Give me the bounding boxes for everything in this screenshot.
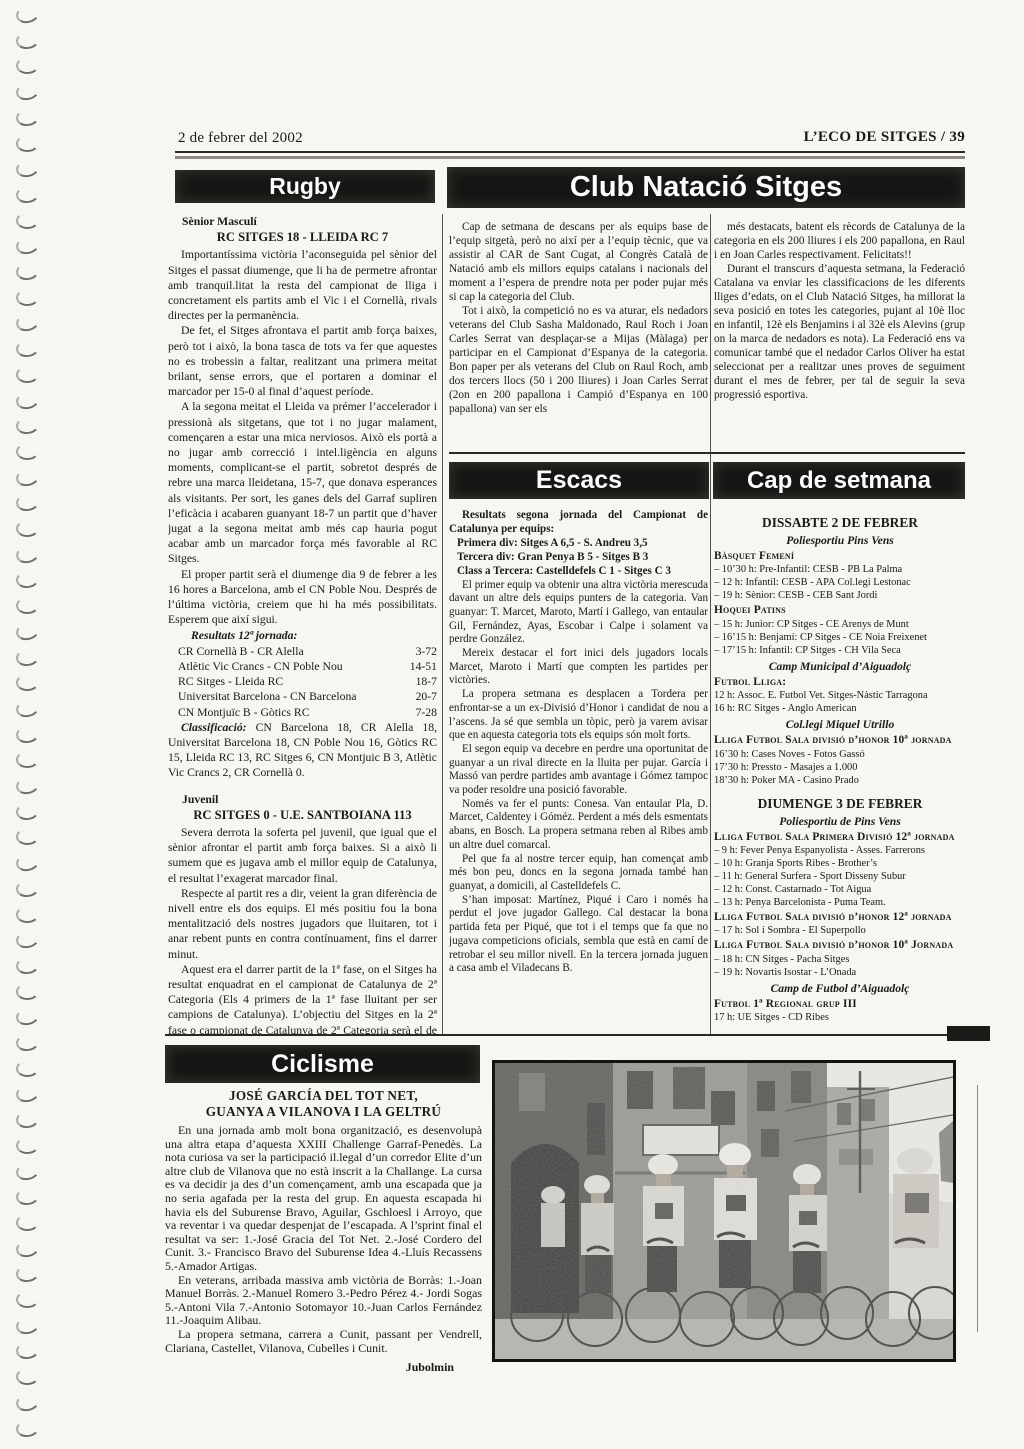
rugby-senior-label: Sènior Masculí bbox=[182, 214, 437, 229]
rugby-senior-paragraphs: Importantíssima victòria l’aconseguida p… bbox=[168, 247, 437, 627]
section-title-ciclisme: Ciclisme bbox=[165, 1045, 480, 1083]
section-bar-ciclisme: Ciclisme bbox=[165, 1045, 480, 1083]
agenda-item: – 19 h: Novartis Isostar - L’Onada bbox=[714, 966, 966, 979]
rugby-results-label: Resultats 12ª jornada: bbox=[178, 628, 437, 643]
rugby-classification: Classificació: CN Barcelona 18, CR Alell… bbox=[168, 720, 437, 781]
rugby-juvenil-label: Juvenil bbox=[182, 792, 437, 807]
header-rule bbox=[175, 151, 965, 153]
paragraph: Aquest era el darrer partit de la 1ª fas… bbox=[168, 962, 437, 1034]
result-row: RC Sitges - Lleida RC 18-7 bbox=[178, 674, 437, 689]
cyclists-photo-illustration bbox=[495, 1063, 953, 1359]
escacs-intro: Resultats segona jornada del Campionat d… bbox=[449, 509, 708, 536]
ciclisme-headline-line1: JOSÉ GARCÍA DEL TOT NET, bbox=[229, 1088, 418, 1103]
paragraph: Només va fer el punts: Conesa. Van entau… bbox=[449, 798, 708, 853]
agenda-item: Hoquei Patins bbox=[714, 604, 966, 617]
paragraph: La propera setmana es desplacen a Torder… bbox=[449, 688, 708, 743]
section-bar-escacs: Escacs bbox=[449, 462, 709, 499]
section-title-cap-de-setmana: Cap de setmana bbox=[713, 462, 965, 499]
agenda-item: Bàsquet Femení bbox=[714, 550, 966, 563]
section-title-natacio: Club Natació Sitges bbox=[447, 167, 965, 208]
section-bar-natacio: Club Natació Sitges bbox=[447, 167, 965, 208]
agenda-item: DIUMENGE 3 DE FEBRER bbox=[714, 796, 966, 812]
agenda-item: – 11 h: General Surfera - Sport Disseny … bbox=[714, 870, 966, 883]
ciclisme-byline: Jubolmin bbox=[165, 1361, 454, 1375]
paragraph: Tot i això, la competició no es va atura… bbox=[449, 304, 708, 416]
agenda-item: – 9 h: Fever Penya Espanyolista - Asses.… bbox=[714, 844, 966, 857]
agenda-item: 18’30 h: Poker MA - Casino Prado bbox=[714, 774, 966, 787]
score-line: Class a Tercera: Castelldefels C 1 - Sit… bbox=[457, 565, 708, 579]
result-match: CR Cornellà B - CR Alella bbox=[178, 644, 304, 659]
section-title-rugby: Rugby bbox=[175, 170, 435, 203]
agenda-item: Lliga Futbol Sala divisió d’honor 10ª Jo… bbox=[714, 939, 966, 952]
result-match: RC Sitges - Lleida RC bbox=[178, 674, 283, 689]
escacs-score-lines: Primera div: Sitges A 6,5 - S. Andreu 3,… bbox=[449, 537, 708, 578]
paragraph: La propera setmana, carrera a Cunit, pas… bbox=[165, 1328, 482, 1355]
ciclisme-column: JOSÉ GARCÍA DEL TOT NET, GUANYA A VILANO… bbox=[165, 1088, 482, 1400]
binding-marks bbox=[12, 0, 52, 1449]
rugby-senior-headline: RC SITGES 18 - LLEIDA RC 7 bbox=[168, 230, 437, 245]
result-match: CN Montjuïc B - Gòtics RC bbox=[178, 705, 310, 720]
result-score: 20-7 bbox=[410, 689, 437, 704]
score-line: Tercera div: Gran Penya B 5 - Sitges B 3 bbox=[457, 551, 708, 565]
agenda-item: – 17 h: Sol i Sombra - El Superpollo bbox=[714, 924, 966, 937]
agenda-item: Col.legi Miquel Utrillo bbox=[714, 718, 966, 732]
agenda-item: – 16’15 h: Benjamí: CP Sitges - CE Noia … bbox=[714, 631, 966, 644]
cap-de-setmana-column: DISSABTE 2 DE FEBRERPoliesportiu Pins Ve… bbox=[714, 506, 966, 1032]
column-divider bbox=[710, 214, 711, 1034]
paragraph: En una jornada amb molt bona organitzaci… bbox=[165, 1124, 482, 1274]
agenda-item: 17 h: UE Sitges - CD Ribes bbox=[714, 1011, 966, 1024]
result-score: 7-28 bbox=[410, 705, 437, 720]
paragraph: Pel que fa al nostre tercer equip, han c… bbox=[449, 853, 708, 894]
natacio-column-2: més destacats, batent els rècords de Cat… bbox=[714, 220, 965, 448]
bottom-rule bbox=[165, 1034, 965, 1036]
agenda-item: Camp de Futbol d’Aiguadolç bbox=[714, 982, 966, 996]
agenda-item: – 10 h: Granja Sports Ribes - Brother’s bbox=[714, 857, 966, 870]
spacer bbox=[168, 781, 437, 790]
agenda-item: – 18 h: CN Sitges - Pacha Sitges bbox=[714, 953, 966, 966]
agenda-item: Poliesportiu Pins Vens bbox=[714, 534, 966, 548]
paragraph: El proper partit serà el diumenge dia 9 … bbox=[168, 567, 437, 628]
result-match: Atlètic Vic Crancs - CN Poble Nou bbox=[178, 659, 343, 674]
agenda-item: Lliga Futbol Sala divisió d’honor 10ª jo… bbox=[714, 734, 966, 747]
paragraph: S’han imposat: Martínez, Piqué i Caro i … bbox=[449, 894, 708, 976]
agenda-item: 12 h: Assoc. E. Futbol Vet. Sitges-Nàsti… bbox=[714, 689, 966, 702]
paragraph: Durant el transcurs d’aquesta setmana, l… bbox=[714, 262, 965, 402]
ciclisme-photo bbox=[492, 1060, 956, 1362]
agenda-item: – 19 h: Sènior: CESB - CEB Sant Jordi bbox=[714, 589, 966, 602]
result-score: 18-7 bbox=[410, 674, 437, 689]
result-score: 14-51 bbox=[404, 659, 437, 674]
photo-side-rule bbox=[977, 1085, 978, 1332]
escacs-column: Resultats segona jornada del Campionat d… bbox=[449, 507, 708, 1031]
page-date: 2 de febrer del 2002 bbox=[178, 130, 303, 147]
rugby-column: Sènior Masculí RC SITGES 18 - LLEIDA RC … bbox=[168, 212, 437, 1034]
header-rule-shadow bbox=[175, 156, 965, 159]
ciclisme-paragraphs: En una jornada amb molt bona organitzaci… bbox=[165, 1124, 482, 1355]
paragraph: Respecte al partit res a dir, veient la … bbox=[168, 886, 437, 962]
rugby-juvenil-headline: RC SITGES 0 - U.E. SANTBOIANA 113 bbox=[168, 808, 437, 823]
agenda-item: – 15 h: Junior: CP Sitges - CE Arenys de… bbox=[714, 618, 966, 631]
result-row: CN Montjuïc B - Gòtics RC 7-28 bbox=[178, 705, 437, 720]
agenda-item: 17’30 h: Pressto - Masajes a 1.000 bbox=[714, 761, 966, 774]
column-divider bbox=[442, 214, 443, 1034]
agenda-item: – 13 h: Penya Barcelonista - Puma Team. bbox=[714, 896, 966, 909]
paragraph: més destacats, batent els rècords de Cat… bbox=[714, 220, 965, 262]
paragraph: Severa derrota la soferta pel juvenil, q… bbox=[168, 825, 437, 886]
rugby-results-list: CR Cornellà B - CR Alella 3-72 Atlètic V… bbox=[168, 644, 437, 720]
classification-label: Classificació: bbox=[181, 721, 247, 734]
agenda-item: Poliesportiu de Pins Vens bbox=[714, 815, 966, 829]
newspaper-page: 2 de febrer del 2002 L’ECO DE SITGES / 3… bbox=[0, 0, 1024, 1449]
result-match: Universitat Barcelona - CN Barcelona bbox=[178, 689, 357, 704]
result-row: CR Cornellà B - CR Alella 3-72 bbox=[178, 644, 437, 659]
ciclisme-headline: JOSÉ GARCÍA DEL TOT NET, GUANYA A VILANO… bbox=[165, 1088, 482, 1120]
escacs-paragraphs: El primer equip va obtenir una altra vic… bbox=[449, 579, 708, 976]
paragraph: Importantíssima victòria l’aconseguida p… bbox=[168, 247, 437, 323]
agenda-item: Futbol 1ª Regional grup III bbox=[714, 998, 966, 1011]
result-score: 3-72 bbox=[410, 644, 437, 659]
paragraph: El segon equip va decebre en perdre una … bbox=[449, 743, 708, 798]
result-row: Atlètic Vic Crancs - CN Poble Nou 14-51 bbox=[178, 659, 437, 674]
mid-rule bbox=[449, 452, 965, 454]
agenda-list: DISSABTE 2 DE FEBRERPoliesportiu Pins Ve… bbox=[714, 515, 966, 1024]
score-line: Primera div: Sitges A 6,5 - S. Andreu 3,… bbox=[457, 537, 708, 551]
natacio-col1-paragraphs: Cap de setmana de descans per als equips… bbox=[449, 220, 708, 416]
paragraph: En veterans, arribada massiva amb victòr… bbox=[165, 1274, 482, 1328]
paragraph: El primer equip va obtenir una altra vic… bbox=[449, 579, 708, 648]
agenda-item: – 10’30 h: Pre-Infantil: CESB - PB La Pa… bbox=[714, 563, 966, 576]
natacio-column-1: Cap de setmana de descans per als equips… bbox=[449, 220, 708, 448]
ciclisme-headline-line2: GUANYA A VILANOVA I LA GELTRÚ bbox=[206, 1104, 442, 1119]
agenda-item: Lliga Futbol Sala divisió d’honor 12ª jo… bbox=[714, 911, 966, 924]
section-title-escacs: Escacs bbox=[449, 462, 709, 499]
agenda-item: – 17’15 h: Infantil: CP Sitges - CH Vila… bbox=[714, 644, 966, 657]
rugby-juvenil-paragraphs: Severa derrota la soferta pel juvenil, q… bbox=[168, 825, 437, 1034]
masthead: L’ECO DE SITGES / 39 bbox=[804, 129, 965, 146]
agenda-item: 16 h: RC Sitges - Anglo American bbox=[714, 702, 966, 715]
agenda-item: 16’30 h: Cases Noves - Fotos Gassó bbox=[714, 748, 966, 761]
agenda-item: Futbol Lliga: bbox=[714, 676, 966, 689]
paragraph: A la segona meitat el Lleida va prémer l… bbox=[168, 399, 437, 566]
section-bar-cap-de-setmana: Cap de setmana bbox=[713, 462, 965, 499]
agenda-item: – 12 h: Infantil: CESB - APA Col.legi Le… bbox=[714, 576, 966, 589]
result-row: Universitat Barcelona - CN Barcelona 20-… bbox=[178, 689, 437, 704]
section-bar-rugby: Rugby bbox=[175, 170, 435, 203]
paragraph: Mereix destacar el fort inici dels jugad… bbox=[449, 647, 708, 688]
paragraph: De fet, el Sitges afrontava el partit am… bbox=[168, 323, 437, 399]
agenda-item: – 12 h: Const. Castarnado - Tot Aigua bbox=[714, 883, 966, 896]
agenda-item: DISSABTE 2 DE FEBRER bbox=[714, 515, 966, 531]
natacio-col2-paragraphs: més destacats, batent els rècords de Cat… bbox=[714, 220, 965, 402]
agenda-item: Lliga Futbol Sala Primera Divisió 12ª jo… bbox=[714, 831, 966, 844]
paragraph: Cap de setmana de descans per als equips… bbox=[449, 220, 708, 304]
agenda-item: Camp Municipal d’Aiguadolç bbox=[714, 660, 966, 674]
